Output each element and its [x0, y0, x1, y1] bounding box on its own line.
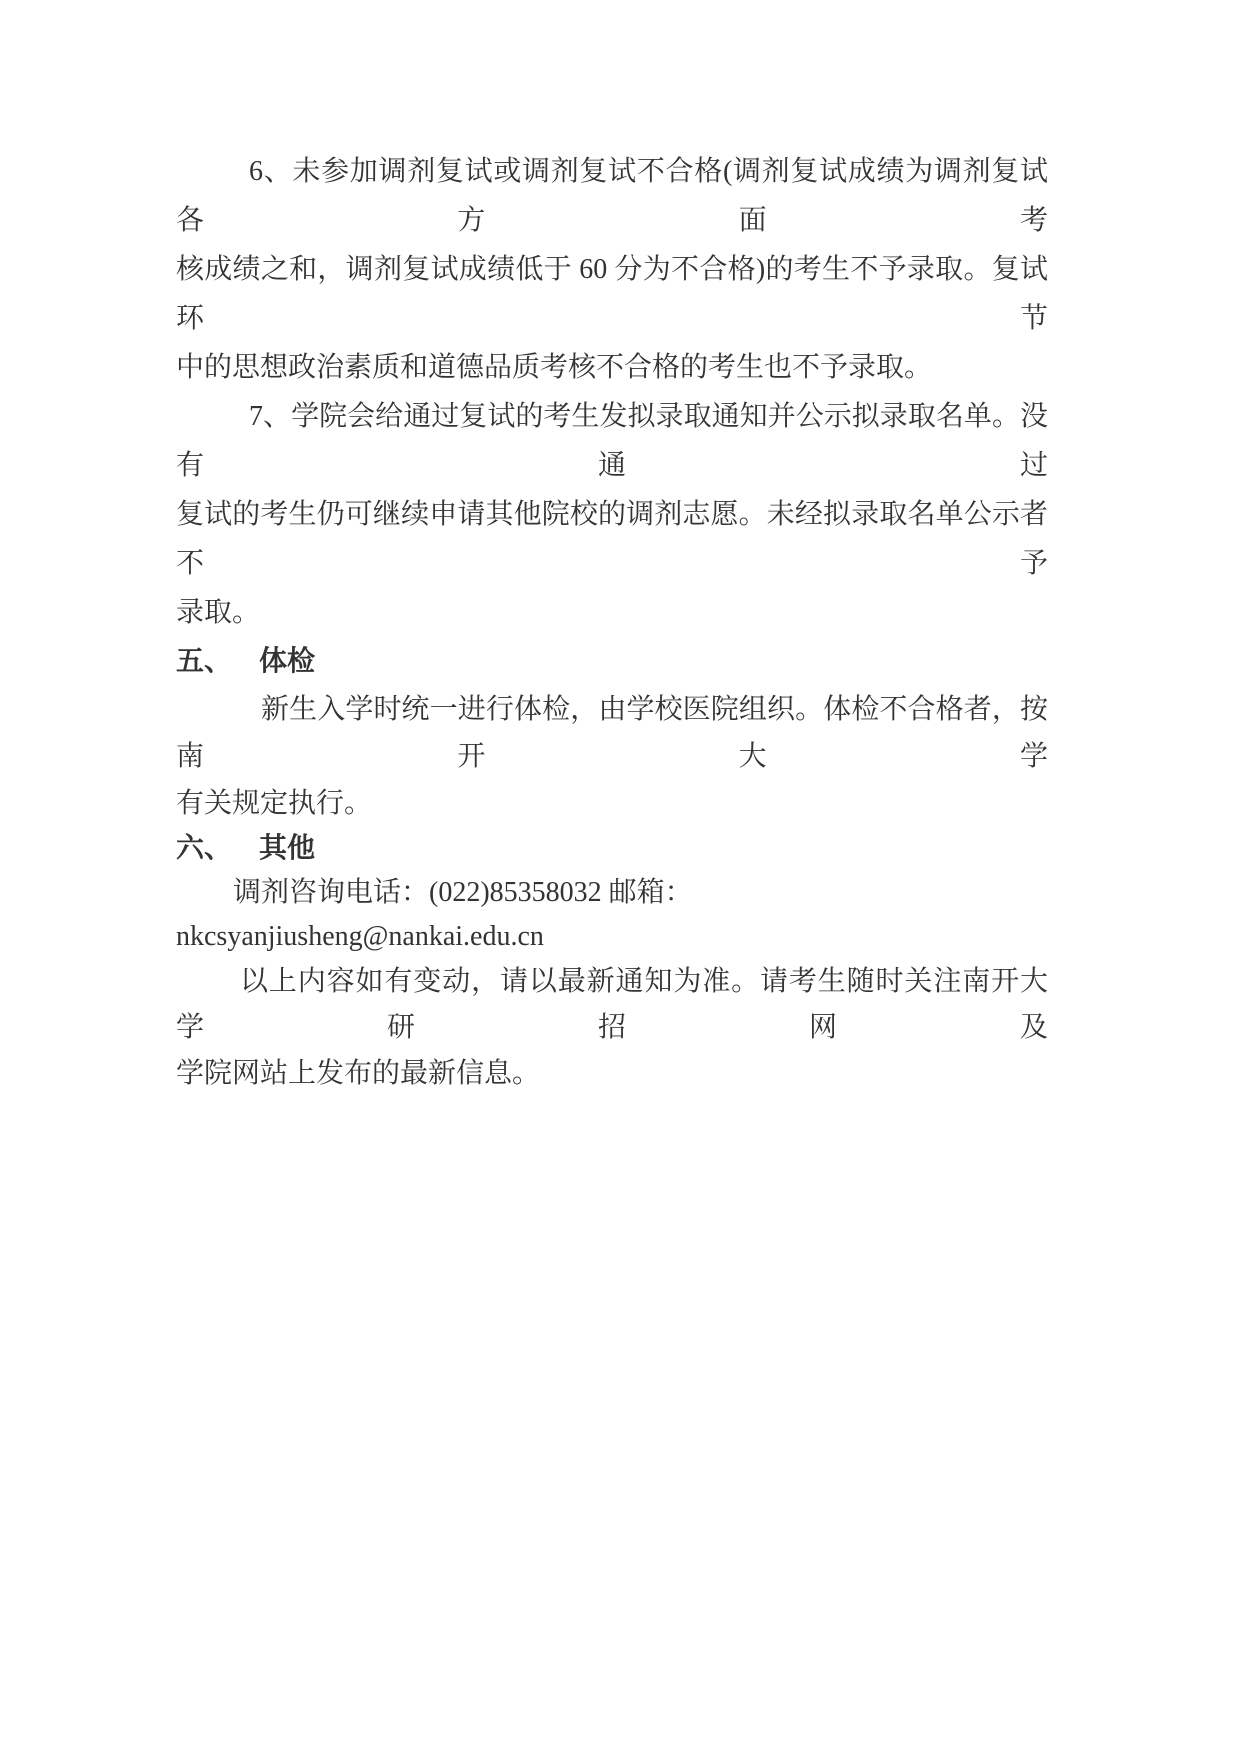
section-5-heading: 五、体检	[176, 637, 1048, 686]
section-5-title: 体检	[259, 646, 315, 677]
paragraph-6-line-2: 核成绩之和，调剂复试成绩低于 60 分为不合格)的考生不予录取。复试环节	[176, 245, 1048, 343]
section-5-line-2: 有关规定执行。	[176, 780, 1048, 827]
paragraph-6: 6、未参加调剂复试或调剂复试不合格(调剂复试成绩为调剂复试各方面考 核成绩之和，…	[176, 147, 1048, 392]
paragraph-7: 7、学院会给通过复试的考生发拟录取通知并公示拟录取名单。没有通过 复试的考生仍可…	[176, 392, 1048, 637]
section-6-notice: 以上内容如有变动，请以最新通知为准。请考生随时关注南开大学研招网及 学院网站上发…	[176, 959, 1048, 1097]
section-6-heading: 六、其他	[176, 827, 1048, 871]
section-6-number: 六、	[176, 833, 232, 864]
notice-line-2: 学院网站上发布的最新信息。	[176, 1051, 1048, 1097]
notice-line-1: 以上内容如有变动，请以最新通知为准。请考生随时关注南开大学研招网及	[176, 959, 1048, 1051]
paragraph-7-line-1: 7、学院会给通过复试的考生发拟录取通知并公示拟录取名单。没有通过	[176, 392, 1048, 490]
paragraph-6-line-3: 中的思想政治素质和道德品质考核不合格的考生也不予录取。	[176, 343, 1048, 392]
section-5-number: 五、	[176, 646, 232, 677]
section-5-paragraph: 新生入学时统一进行体检，由学校医院组织。体检不合格者，按南开大学 有关规定执行。	[176, 686, 1048, 827]
paragraph-7-line-3: 录取。	[176, 588, 1048, 637]
document-content: 6、未参加调剂复试或调剂复试不合格(调剂复试成绩为调剂复试各方面考 核成绩之和，…	[176, 147, 1048, 1097]
document-page: 6、未参加调剂复试或调剂复试不合格(调剂复试成绩为调剂复试各方面考 核成绩之和，…	[0, 0, 1240, 1754]
paragraph-6-line-1: 6、未参加调剂复试或调剂复试不合格(调剂复试成绩为调剂复试各方面考	[176, 147, 1048, 245]
section-5-line-1: 新生入学时统一进行体检，由学校医院组织。体检不合格者，按南开大学	[176, 686, 1048, 780]
contact-line: 调剂咨询电话：(022)85358032 邮箱：nkcsyanjiusheng@…	[176, 871, 1048, 959]
section-6-contact: 调剂咨询电话：(022)85358032 邮箱：nkcsyanjiusheng@…	[176, 871, 1048, 959]
section-6-title: 其他	[259, 833, 315, 864]
paragraph-7-line-2: 复试的考生仍可继续申请其他院校的调剂志愿。未经拟录取名单公示者不予	[176, 490, 1048, 588]
